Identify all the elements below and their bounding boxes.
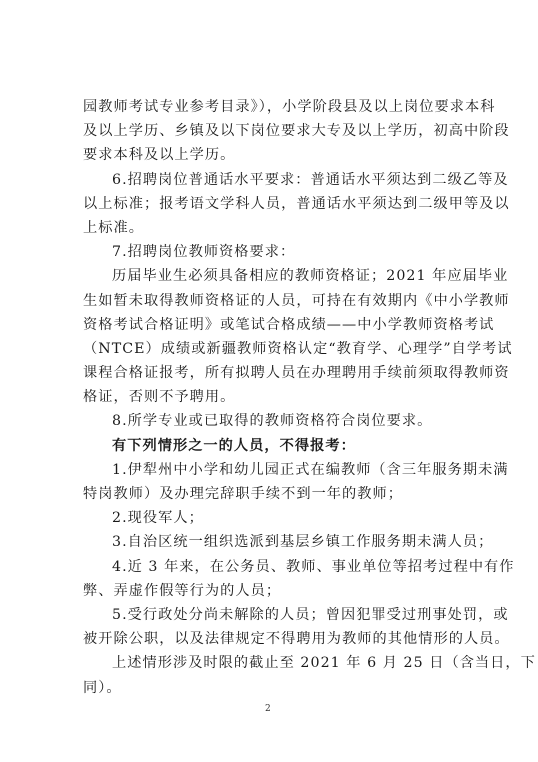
text-line: 2.现役军人； bbox=[83, 506, 465, 530]
document-page: 园教师考试专业参考目录》），小学阶段县及以上岗位要求本科 及以上学历、乡镇及以下… bbox=[0, 0, 538, 762]
text-line: 3.自治区统一组织选派到基层乡镇工作服务期未满人员； bbox=[83, 530, 465, 554]
text-line: （NTCE）成绩或新疆教师资格认定“教育学、心理学”自学考试 bbox=[83, 337, 465, 361]
text-line: 5.受行政处分尚未解除的人员；曾因犯罪受过刑事处罚，或 bbox=[83, 603, 465, 627]
text-line: 4.近 3 年来，在公务员、教师、事业单位等招考过程中有作 bbox=[83, 555, 465, 579]
text-line: 及以上学历、乡镇及以下岗位要求大专及以上学历，初高中阶段 bbox=[83, 119, 465, 143]
text-line: 被开除公职，以及法律规定不得聘用为教师的其他情形的人员。 bbox=[83, 627, 465, 651]
text-line: 资格考试合格证明》或笔试合格成绩——中小学教师资格考试 bbox=[83, 313, 465, 337]
text-line: 上标准。 bbox=[83, 216, 465, 240]
page-number: 2 bbox=[265, 704, 271, 714]
document-body: 园教师考试专业参考目录》），小学阶段县及以上岗位要求本科 及以上学历、乡镇及以下… bbox=[83, 95, 465, 700]
text-line: 格证，否则不予聘用。 bbox=[83, 385, 465, 409]
text-line: 生如暂未取得教师资格证的人员，可持在有效期内《中小学教师 bbox=[83, 289, 465, 313]
text-line: 8.所学专业或已取得的教师资格符合岗位要求。 bbox=[83, 409, 465, 433]
text-line: 以上标准；报考语文学科人员，普通话水平须达到二级甲等及以 bbox=[83, 192, 465, 216]
text-line: 特岗教师）及办理完辞职手续不到一年的教师； bbox=[83, 482, 465, 506]
text-line: 弊、弄虚作假等行为的人员； bbox=[83, 579, 465, 603]
text-line: 上述情形涉及时限的截止至 2021 年 6 月 25 日（含当日，下 bbox=[83, 651, 465, 675]
section-heading: 有下列情形之一的人员，不得报考： bbox=[83, 434, 465, 458]
text-line: 1.伊犁州中小学和幼儿园正式在编教师（含三年服务期未满 bbox=[83, 458, 465, 482]
text-line: 要求本科及以上学历。 bbox=[83, 143, 465, 167]
text-line: 园教师考试专业参考目录》），小学阶段县及以上岗位要求本科 bbox=[83, 95, 465, 119]
text-line: 历届毕业生必须具备相应的教师资格证；2021 年应届毕业 bbox=[83, 264, 465, 288]
text-line: 7.招聘岗位教师资格要求： bbox=[83, 240, 465, 264]
text-line: 课程合格证报考，所有拟聘人员在办理聘用手续前须取得教师资 bbox=[83, 361, 465, 385]
text-line: 6.招聘岗位普通话水平要求：普通话水平须达到二级乙等及 bbox=[83, 168, 465, 192]
text-line: 同）。 bbox=[83, 676, 465, 700]
